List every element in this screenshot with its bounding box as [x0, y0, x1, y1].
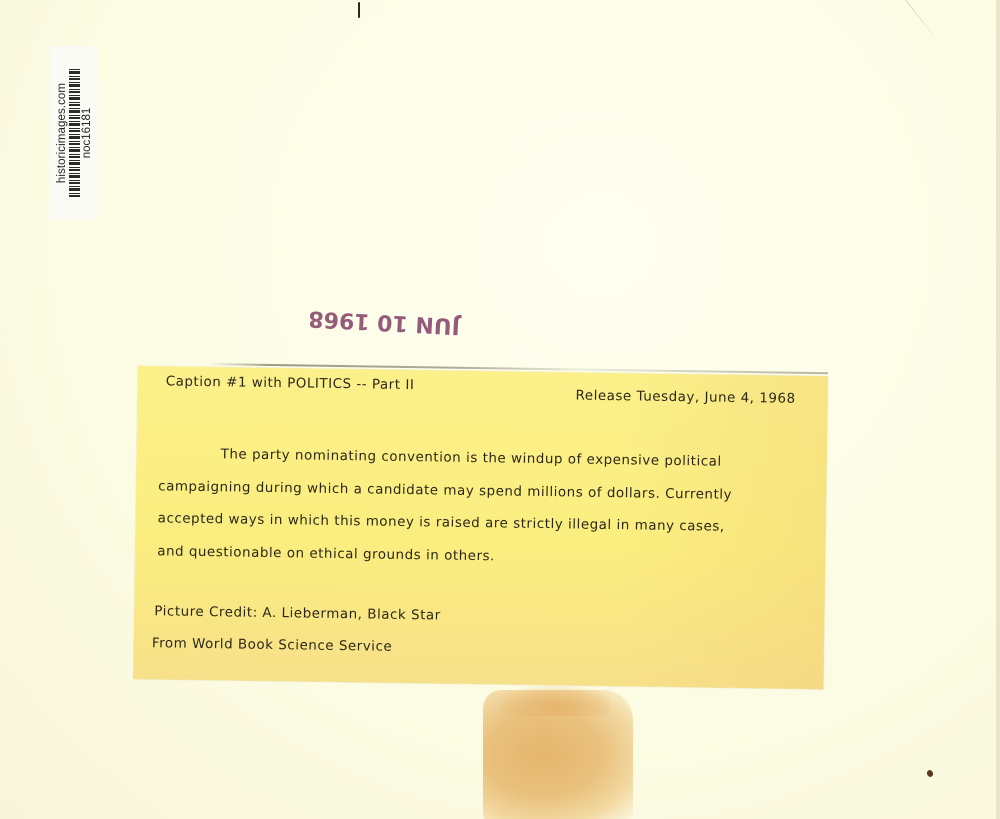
paper-edge: [996, 0, 1000, 819]
caption-body: The party nominating convention is the w…: [157, 438, 733, 576]
pen-mark: [358, 2, 360, 18]
caption-header: Caption #1 with POLITICS -- Part II: [166, 374, 415, 393]
barcode-label: historicimages.com noc16181: [50, 46, 98, 220]
barcode-id-text: noc16181: [81, 108, 93, 159]
caption-sheet: Caption #1 with POLITICS -- Part II Rele…: [133, 366, 828, 689]
glue-stain-edge: [500, 686, 610, 716]
barcode-content: historicimages.com noc16181: [52, 58, 96, 208]
barcode-site-text: historicimages.com: [56, 83, 68, 183]
release-date: Release Tuesday, June 4, 1968: [575, 388, 795, 406]
barcode-icon: [69, 69, 80, 197]
source-line: From World Book Science Service: [152, 636, 393, 655]
picture-credit: Picture Credit: A. Lieberman, Black Star: [154, 604, 441, 623]
